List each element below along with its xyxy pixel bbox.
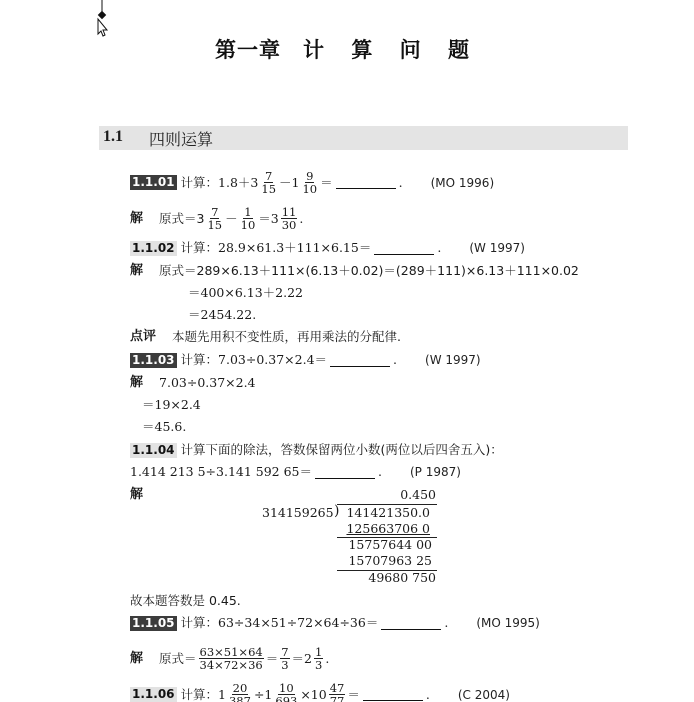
chapter-name: 计 算 问 题 [303, 38, 479, 62]
comment-text: 本题先用积不变性质，再用乘法的分配律. [172, 328, 401, 346]
problem-1-1-06: 1.1.06 计算： 1 20387 ÷1 10693 ×10 4777 ＝ .… [130, 682, 510, 702]
answer-blank [330, 354, 390, 367]
fraction: 110 [240, 206, 257, 231]
fraction: 13 [314, 646, 323, 671]
section-header: 1.1 四则运算 [99, 126, 628, 150]
solution-1-1-05: 解 原式＝ 63×51×6434×72×36 ＝ 73 ＝2 13 . [130, 646, 329, 671]
fraction: 715 [206, 206, 223, 231]
comment-label: 点评 [130, 328, 156, 346]
solution-label: 解 [130, 486, 143, 504]
division-dividend: 141421350.0 [338, 505, 430, 520]
problem-1-1-04-expr: 1.414 213 5÷3.141 592 65＝ . (P 1987) [130, 463, 461, 481]
solution-text: ＝2454.22. [188, 306, 256, 324]
expr-text: ＝ [266, 650, 279, 668]
solution-text: ＝400×6.13＋2.22 [188, 284, 303, 302]
solution-text: 原式＝289×6.13＋111×(6.13＋0.02)＝(289＋111)×6.… [159, 262, 579, 280]
expr-text: . [325, 650, 329, 668]
division-step: 15757644 00 [338, 537, 432, 552]
problem-1-1-05: 1.1.05 计算： 63÷34×51÷72×64÷36＝ . (MO 1995… [130, 614, 540, 632]
division-step: 15707963 25 [338, 553, 432, 568]
expr-text: ÷1 [254, 686, 272, 702]
problem-badge: 1.1.01 [130, 175, 177, 190]
problem-badge: 1.1.02 [130, 241, 177, 256]
problem-badge: 1.1.04 [130, 443, 177, 458]
problem-label: 计算： [181, 351, 219, 369]
problem-1-1-03: 1.1.03 计算： 7.03÷0.37×2.4＝ . (W 1997) [130, 351, 481, 369]
solution-label: 解 [130, 210, 143, 228]
problem-label: 计算： [181, 686, 219, 702]
solution-text: 故本题答数是 0.45. [130, 592, 241, 610]
solution-1-1-03-line3: ＝45.6. [142, 418, 186, 436]
chapter-title: 第一章计 算 问 题 [0, 34, 694, 64]
fraction: 63×51×6434×72×36 [199, 646, 264, 671]
problem-label: 计算下面的除法，答数保留两位小数(两位以后四舍五入)： [181, 441, 503, 459]
problem-badge: 1.1.06 [130, 687, 177, 702]
expr-text: －1 [279, 174, 299, 192]
solution-1-1-02-line2: ＝400×6.13＋2.22 [188, 284, 303, 302]
division-divisor: 314159265 [262, 505, 334, 520]
answer-blank [381, 617, 441, 630]
fraction: 20387 [228, 682, 252, 702]
expr-text: . [299, 210, 303, 228]
problem-label: 计算： [181, 239, 219, 257]
problem-label: 计算： [181, 614, 219, 632]
expr-text: 1.8＋3 [218, 174, 258, 192]
fraction: 73 [280, 646, 289, 671]
solution-1-1-03-line2: ＝19×2.4 [142, 396, 201, 414]
problem-badge: 1.1.03 [130, 353, 177, 368]
solution-label: 解 [130, 262, 143, 280]
expr-text: 1 [218, 686, 226, 702]
answer-blank [374, 242, 434, 255]
solution-text: ＝19×2.4 [142, 396, 201, 414]
fraction: 4777 [329, 682, 346, 702]
answer-blank [315, 466, 375, 479]
problem-source: (W 1997) [425, 351, 481, 369]
division-step: 125663706 0 [338, 521, 430, 536]
comment-1-1-02: 点评 本题先用积不变性质，再用乘法的分配律. [130, 328, 401, 346]
expr-text: － [225, 210, 238, 228]
division-quotient: 0.450 [360, 487, 436, 502]
solution-1-1-02-line3: ＝2454.22. [188, 306, 256, 324]
solution-1-1-03-line1: 解 7.03÷0.37×2.4 [130, 374, 256, 392]
answer-blank [336, 176, 396, 189]
problem-source: (MO 1996) [431, 174, 495, 192]
chapter-number: 第一章 [215, 38, 281, 62]
section-number: 1.1 [103, 128, 123, 146]
problem-source: (MO 1995) [476, 614, 540, 632]
solution-text: ＝45.6. [142, 418, 186, 436]
problem-source: (W 1997) [469, 239, 525, 257]
solution-label: 解 [130, 374, 143, 392]
solution-1-1-02-line1: 解 原式＝289×6.13＋111×(6.13＋0.02)＝(289＋111)×… [130, 262, 579, 280]
expr-text: ＝ [320, 174, 333, 192]
problem-1-1-02: 1.1.02 计算： 28.9×61.3＋111×6.15＝ . (W 1997… [130, 239, 525, 257]
expr-text: ＝2 [292, 650, 312, 668]
division-step: 49680 750 [338, 570, 436, 585]
fraction: 910 [301, 170, 318, 195]
problem-badge: 1.1.05 [130, 616, 177, 631]
problem-1-1-01: 1.1.01 计算： 1.8＋3 715 －1 910 ＝ . (MO 1996… [130, 170, 494, 195]
expr-text: ＝3 [258, 210, 278, 228]
fraction: 715 [260, 170, 277, 195]
solution-1-1-01: 解 原式＝3 715 － 110 ＝3 1130 . [130, 206, 303, 231]
expr-text: 原式＝3 [159, 210, 204, 228]
solution-label: 解 [130, 650, 143, 668]
problem-source: (C 2004) [458, 686, 510, 702]
solution-1-1-04-label: 解 [130, 486, 159, 504]
expr-text: 7.03÷0.37×2.4＝ [218, 351, 327, 369]
problem-source: (P 1987) [410, 463, 461, 481]
solution-text: 7.03÷0.37×2.4 [159, 374, 256, 392]
solution-1-1-04-conclusion: 故本题答数是 0.45. [130, 592, 241, 610]
expr-text: 63÷34×51÷72×64÷36＝ [218, 614, 378, 632]
expr-text: ＝ [347, 686, 360, 702]
section-title: 四则运算 [149, 127, 213, 150]
expr-text: 1.414 213 5÷3.141 592 65＝ [130, 463, 312, 481]
problem-1-1-04: 1.1.04 计算下面的除法，答数保留两位小数(两位以后四舍五入)： [130, 441, 503, 459]
expr-text: 28.9×61.3＋111×6.15＝ [218, 239, 371, 257]
fraction: 10693 [274, 682, 298, 702]
fraction: 1130 [281, 206, 298, 231]
expr-text: ×10 [300, 686, 326, 702]
answer-blank [363, 688, 423, 701]
problem-label: 计算： [181, 174, 219, 192]
expr-text: 原式＝ [159, 650, 197, 668]
